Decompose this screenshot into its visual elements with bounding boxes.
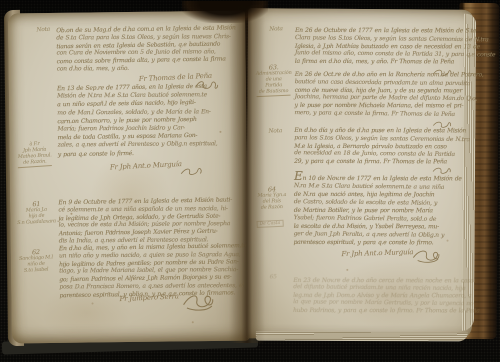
manuscript-line: parentesco espiritual, y para q.e conste…	[294, 239, 462, 247]
right-margin-entry-65: 65	[258, 274, 288, 280]
baptism-entry-faded: En 23 de Nov.re de d.ho año cerca de med…	[293, 277, 461, 315]
signature-rubric-icon	[180, 165, 204, 177]
left-margin-entry-61: 61 María J.a hija de S.n Guadalaxara	[14, 201, 58, 226]
priest-signature: Fr Jph Ant.o Murguía	[110, 160, 182, 171]
right-margin-nota: Nota	[258, 26, 294, 32]
baptism-entry: En 9 de Octubre de 1777 en la Iglesia de…	[58, 197, 241, 246]
manuscript-line: la firma en d.ho día, mes, y año. Fr Tho…	[295, 58, 463, 66]
manuscript-line: y para q.e conste lo firmé.	[58, 148, 240, 159]
margin-rule	[257, 95, 291, 98]
baptism-entry: En 13 de Sep.re de 1777 años, en la Igle…	[57, 83, 240, 159]
entry-number-label: 65	[258, 274, 288, 281]
signature-rubric-icon	[181, 291, 215, 311]
margin-subnote: De Casta	[257, 220, 284, 228]
right-margin-entry-64: 64 María Ygn.a del País de Razón	[251, 186, 293, 210]
left-margin-entry-note: à F.r Jph María Matheo Braul. de Razón.	[12, 141, 58, 168]
baptism-entry: Ob.on de su Mag.d de d.ha com.a en la Ig…	[56, 25, 239, 74]
priest-signature: Fr Junípero Serra	[119, 292, 179, 303]
manuscript-line: hubo Padrinos, y para q.e conste lo firm…	[293, 307, 461, 315]
right-page-bottom-edge	[256, 332, 468, 342]
baptism-entry: En 26 de Octubre de 1777 en la Iglesia d…	[295, 27, 463, 67]
margin-label: S.n Guadalaxara	[14, 218, 58, 226]
signature-rubric-icon	[411, 247, 441, 263]
left-margin-entry-62: 62 Sanchiago M.l niño de S.ta Isabel	[13, 249, 59, 274]
manuscript-line: mero, y para q.e conste la firma. Fr Tho…	[294, 109, 462, 119]
manuscript-photo: Nota Ob.on de su Mag.d de d.ha com.a en …	[0, 0, 500, 362]
baptism-entry: En 10 de Nov.re de 1777 en la Iglesia de…	[293, 173, 462, 248]
margin-label: Nota	[258, 26, 294, 33]
margin-label: de Razón	[251, 204, 293, 211]
right-margin-nota-2: Nota	[257, 128, 293, 134]
right-margin-entry-63: 63. Administración de una Partida de Bau…	[254, 64, 294, 96]
baptism-entry: En 26 de Oct.re de d.ho año en la Ranche…	[294, 71, 462, 119]
margin-label: Nota	[257, 128, 293, 135]
margin-label: S.ta Isabel	[13, 266, 59, 274]
left-page: Nota Ob.on de su Mag.d de d.ha com.a en …	[8, 11, 249, 344]
baptism-entry: En d.ho día y año de d.ha puse en la Igl…	[294, 127, 462, 167]
right-page: Nota En 26 de Octubre de 1777 en la Igle…	[246, 8, 474, 340]
priest-signature: Fr Jph Ant.o Murguía	[341, 248, 413, 258]
